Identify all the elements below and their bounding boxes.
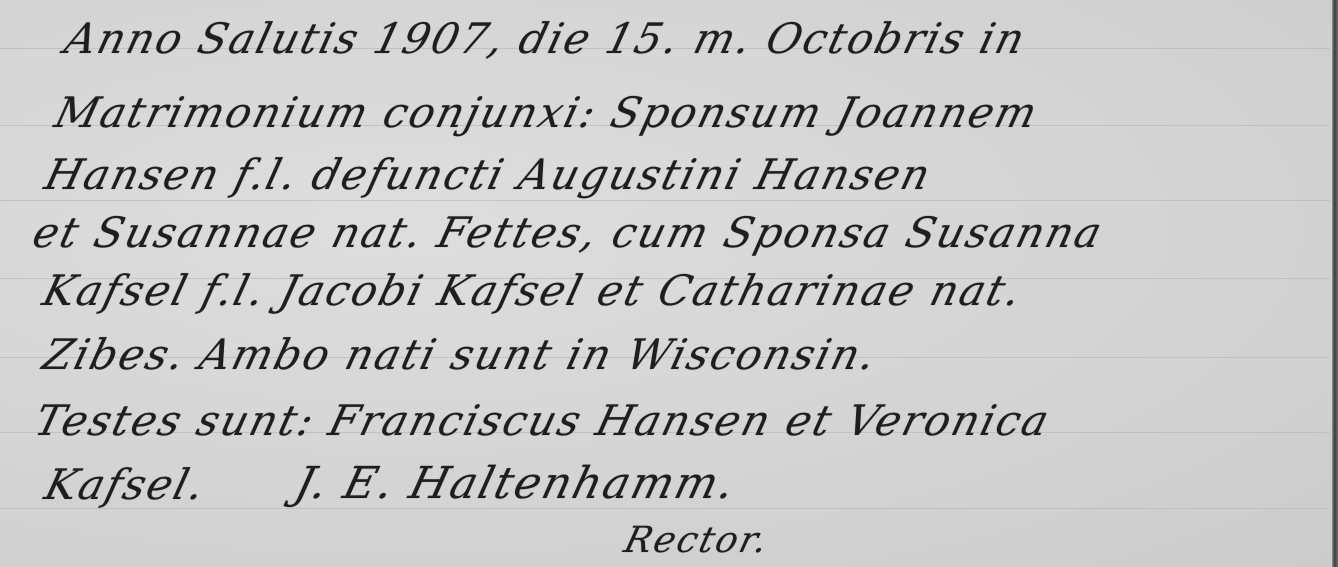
entry-line-4: et Susannae nat. Fettes, cum Sponsa Susa… xyxy=(28,208,1109,257)
register-page: Anno Salutis 1907, die 15. m. Octobris i… xyxy=(0,0,1338,567)
entry-line-7: Testes sunt: Franciscus Hansen et Veroni… xyxy=(30,396,1056,445)
entry-line-6: Zibes. Ambo nati sunt in Wisconsin. xyxy=(38,330,883,379)
entry-line-1: Anno Salutis 1907, die 15. m. Octobris i… xyxy=(60,14,1031,63)
entry-line-3: Hansen f.l. defuncti Augustini Hansen xyxy=(40,150,937,199)
binding-edge xyxy=(1332,0,1338,567)
entry-line-8: Kafsel. xyxy=(40,460,211,509)
officiant-title: Rector. xyxy=(620,520,774,561)
ruled-line xyxy=(0,200,1330,201)
entry-line-2: Matrimonium conjunxi: Sponsum Joannem xyxy=(50,88,1044,137)
entry-line-5: Kafsel f.l. Jacobi Kafsel et Catharinae … xyxy=(38,266,1028,315)
officiant-signature: J. E. Haltenhamm. xyxy=(290,458,742,509)
